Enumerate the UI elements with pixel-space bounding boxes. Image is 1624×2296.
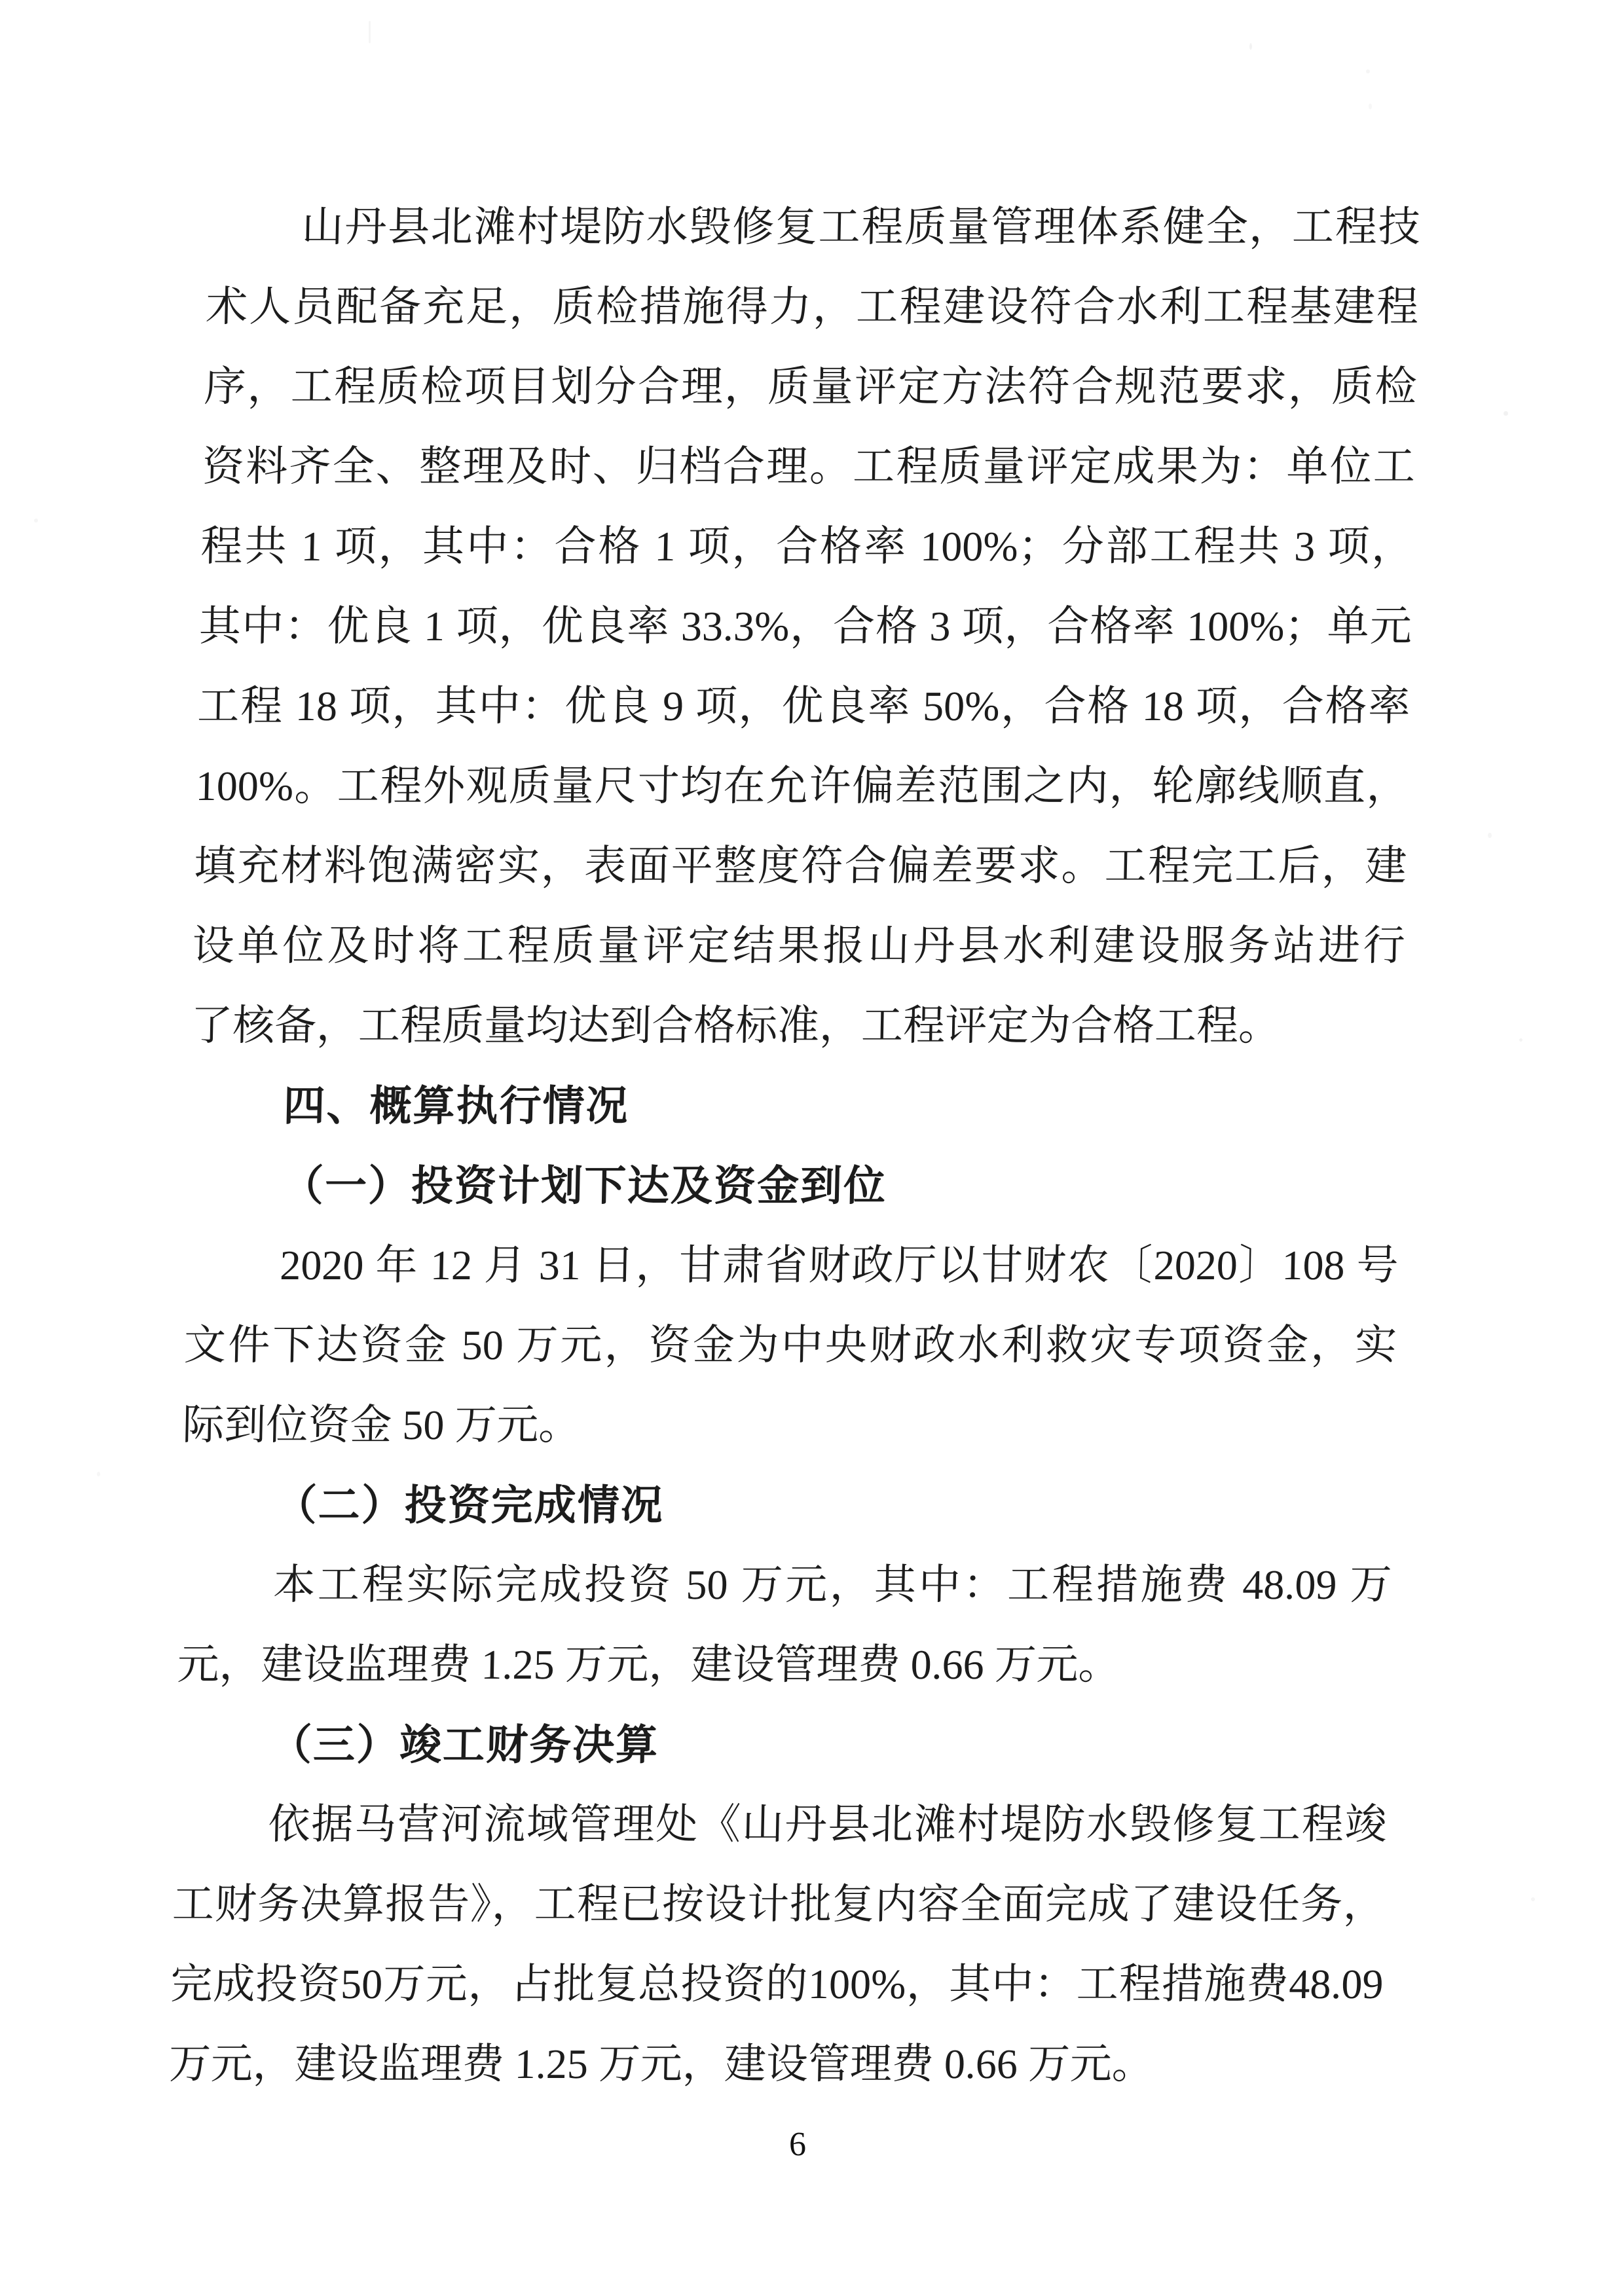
text-line: 2020 年 12 月 31 日，甘肃省财政厅以甘财农〔2020〕108 号 [185,1226,1399,1305]
scan-speck [1488,833,1492,838]
page-footer: 6 [0,2125,1624,2164]
document-text: 山丹县北滩村堤防水毁修复工程质量管理体系健全，工程技术人员配备充足，质检措施得力… [168,187,1421,2104]
text-line: 山丹县北滩村堤防水毁修复工程质量管理体系健全，工程技 [206,187,1421,267]
text-line: 工程 18 项，其中：优良 9 项，优良率 50%，合格 18 项，合格率 [196,666,1411,746]
scan-speck [1369,103,1372,109]
text-line: 设单位及时将工程质量评定结果报山丹县水利建设服务站进行 [191,906,1406,986]
scanned-document-page: 山丹县北滩村堤防水毁修复工程质量管理体系健全，工程技术人员配备充足，质检措施得力… [0,0,1624,2296]
text-line: 100%。工程外观质量尺寸均在允许偏差范围之内，轮廓线顺直， [195,746,1410,826]
text-line: 本工程实际完成投资 50 万元，其中：工程措施费 48.09 万 [178,1545,1393,1625]
text-line: 元，建设监理费 1.25 万元，建设管理费 0.66 万元。 [176,1625,1391,1705]
text-line: 术人员配备充足，质检措施得力，工程建设符合水利工程基建程 [205,267,1420,347]
scan-speck [1504,411,1508,416]
scan-speck [1531,1897,1535,1901]
text-line: 完成投资50万元，占批复总投资的100%，其中：工程措施费48.09 [170,1944,1384,2024]
heading-line: （二）投资完成情况 [180,1465,1395,1545]
scan-speck [1249,43,1252,50]
text-line: 其中：优良 1 项，优良率 33.3%，合格 3 项，合格率 100%；单元 [198,587,1413,666]
heading-line: 四、概算执行情况 [188,1066,1403,1146]
text-line: 工财务决算报告》，工程已按设计批复内容全面完成了建设任务， [172,1865,1386,1944]
text-line: 万元，建设监理费 1.25 万元，建设管理费 0.66 万元。 [168,2024,1383,2104]
text-line: 了核备，工程质量均达到合格标准，工程评定为合格工程。 [190,986,1405,1066]
text-line: 序，工程质检项目划分合理，质量评定方法符合规范要求，质检 [203,347,1418,427]
text-line: 填充材料饱满密实，表面平整度符合偏差要求。工程完工后，建 [193,826,1408,906]
text-line: 文件下达资金 50 万元，资金为中央财政水利救灾专项资金，实 [183,1305,1398,1385]
heading-line: （一）投资计划下达及资金到位 [187,1146,1401,1226]
scan-speck [97,1472,100,1476]
text-line: 程共 1 项，其中：合格 1 项，合格率 100%；分部工程共 3 项， [200,507,1414,587]
heading-line: （三）竣工财务决算 [175,1705,1390,1785]
scan-speck [1366,69,1370,73]
scan-speck [369,21,371,43]
scan-speck [34,519,38,522]
text-line: 依据马营河流域管理处《山丹县北滩村堤防水毁修复工程竣 [173,1785,1388,1865]
page-number: 6 [789,2125,806,2164]
text-line: 际到位资金 50 万元。 [181,1385,1396,1465]
text-line: 资料齐全、整理及时、归档合理。工程质量评定成果为：单位工 [202,427,1416,507]
scan-speck [1519,1038,1522,1042]
